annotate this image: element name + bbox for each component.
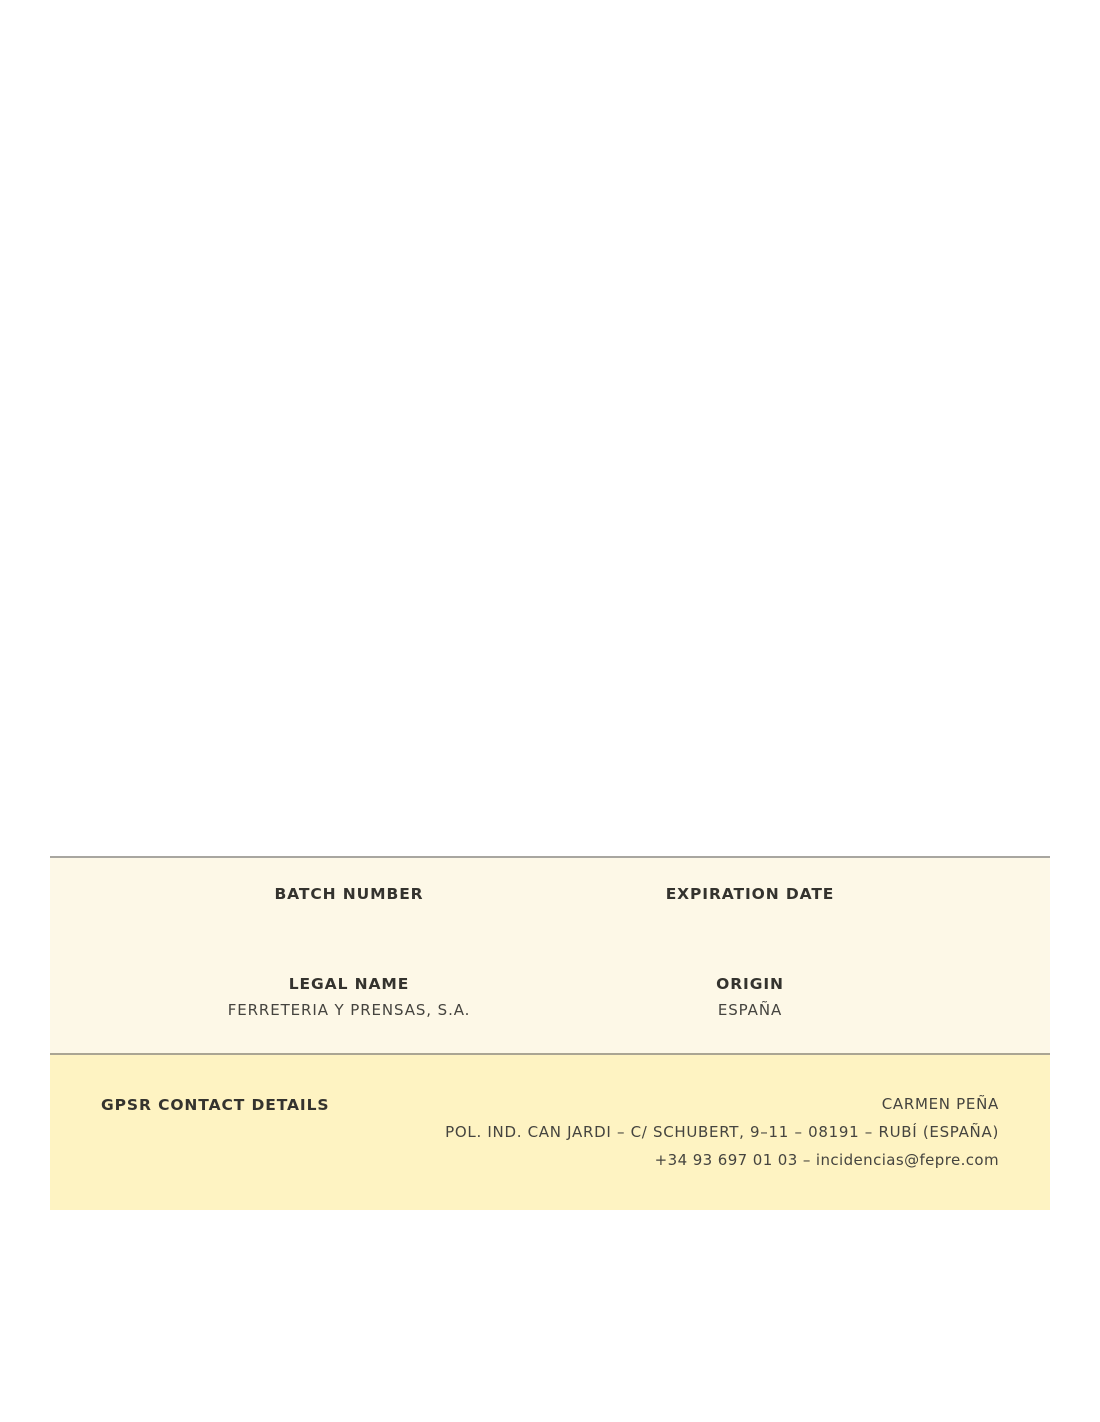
origin-label: ORIGIN bbox=[550, 975, 950, 993]
expiration-date-field: EXPIRATION DATE bbox=[550, 885, 950, 911]
origin-field: ORIGIN ESPAÑA bbox=[550, 975, 950, 1019]
gpsr-contact-panel: GPSR CONTACT DETAILS CARMEN PEÑA POL. IN… bbox=[50, 1053, 1050, 1210]
legal-name-value: FERRETERIA Y PRENSAS, S.A. bbox=[149, 1001, 549, 1019]
contact-address: POL. IND. CAN JARDI – C/ SCHUBERT, 9–11 … bbox=[445, 1123, 999, 1151]
legal-name-label: LEGAL NAME bbox=[149, 975, 549, 993]
gpsr-contact-lines: CARMEN PEÑA POL. IND. CAN JARDI – C/ SCH… bbox=[445, 1095, 999, 1179]
legal-name-field: LEGAL NAME FERRETERIA Y PRENSAS, S.A. bbox=[149, 975, 549, 1019]
gpsr-contact-title: GPSR CONTACT DETAILS bbox=[101, 1096, 329, 1114]
expiration-date-label: EXPIRATION DATE bbox=[550, 885, 950, 903]
contact-name: CARMEN PEÑA bbox=[445, 1095, 999, 1123]
batch-number-field: BATCH NUMBER bbox=[149, 885, 549, 911]
batch-number-label: BATCH NUMBER bbox=[149, 885, 549, 903]
origin-value: ESPAÑA bbox=[550, 1001, 950, 1019]
contact-phone-email: +34 93 697 01 03 – incidencias@fepre.com bbox=[445, 1151, 999, 1179]
product-info-panel: BATCH NUMBER EXPIRATION DATE LEGAL NAME … bbox=[50, 856, 1050, 1053]
